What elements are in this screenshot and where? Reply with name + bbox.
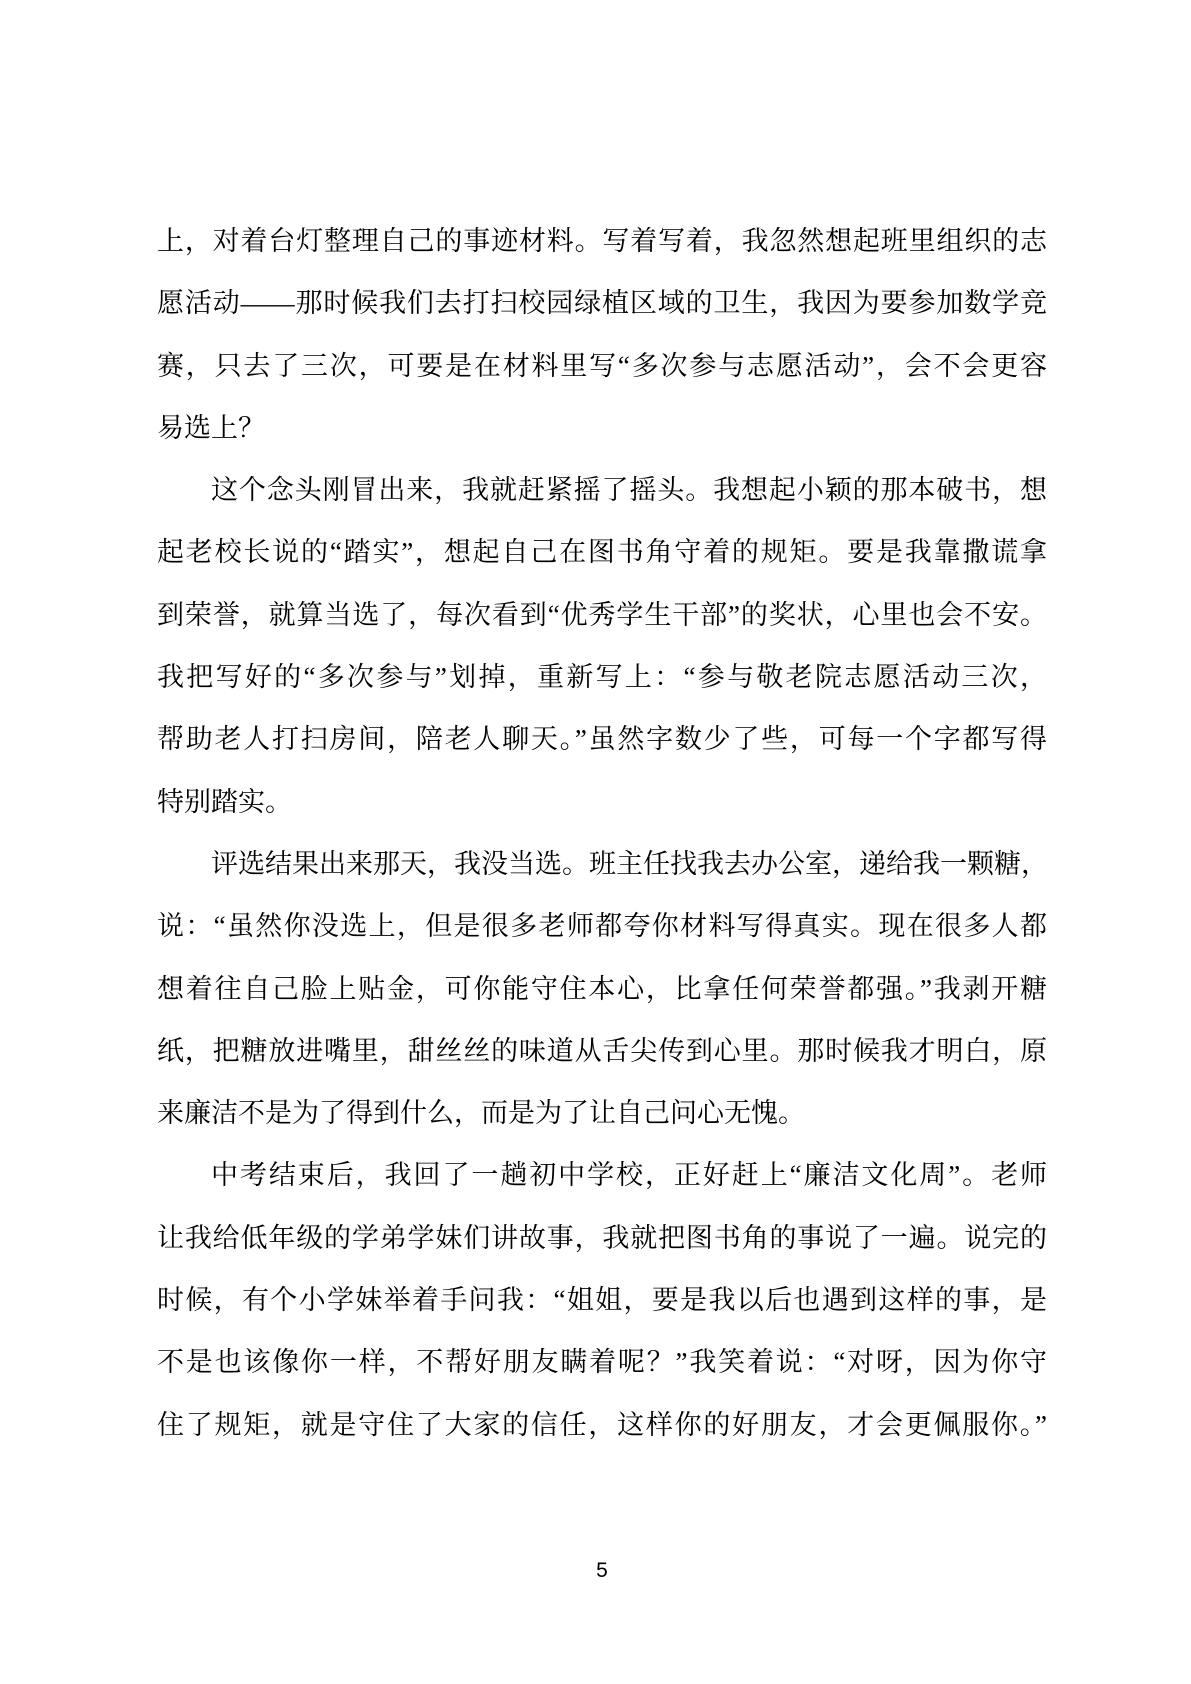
essay-line: 时候，有个小学妹举着手问我：“姐姐，要是我以后也遇到这样的事，是 (157, 1269, 1047, 1331)
essay-line: 住了规矩，就是守住了大家的信任，这样你的好朋友，才会更佩服你。” (157, 1394, 1047, 1456)
essay-line: 上，对着台灯整理自己的事迹材料。写着写着，我忽然想起班里组织的志 (157, 210, 1047, 272)
essay-line: 来廉洁不是为了得到什么，而是为了让自己问心无愧。 (157, 1082, 1047, 1144)
essay-line: 愿活动——那时候我们去打扫校园绿植区域的卫生，我因为要参加数学竞 (157, 272, 1047, 334)
essay-line: 想着往自己脸上贴金，可你能守住本心，比拿任何荣誉都强。”我剥开糖 (157, 958, 1047, 1020)
document-page: 上，对着台灯整理自己的事迹材料。写着写着，我忽然想起班里组织的志 愿活动——那时… (0, 0, 1191, 1684)
essay-line: 不是也该像你一样，不帮好朋友瞒着呢？”我笑着说：“对呀，因为你守 (157, 1331, 1047, 1393)
essay-line: 特别踏实。 (157, 771, 1047, 833)
page-footer: 5 (157, 1556, 1047, 1586)
essay-line: 评选结果出来那天，我没当选。班主任找我去办公室，递给我一颗糖， (157, 833, 1047, 895)
essay-line: 这个念头刚冒出来，我就赶紧摇了摇头。我想起小颖的那本破书，想 (157, 459, 1047, 521)
essay-line: 起老校长说的“踏实”，想起自己在图书角守着的规矩。要是我靠撒谎拿 (157, 521, 1047, 583)
essay-line: 中考结束后，我回了一趟初中学校，正好赶上“廉洁文化周”。老师 (157, 1144, 1047, 1206)
essay-line: 说：“虽然你没选上，但是很多老师都夸你材料写得真实。现在很多人都 (157, 895, 1047, 957)
page-number: 5 (596, 1559, 608, 1582)
essay-line: 让我给低年级的学弟学妹们讲故事，我就把图书角的事说了一遍。说完的 (157, 1207, 1047, 1269)
essay-line: 到荣誉，就算当选了，每次看到“优秀学生干部”的奖状，心里也会不安。 (157, 584, 1047, 646)
essay-line: 易选上？ (157, 397, 1047, 459)
essay-line: 纸，把糖放进嘴里，甜丝丝的味道从舌尖传到心里。那时候我才明白，原 (157, 1020, 1047, 1082)
essay-line: 帮助老人打扫房间，陪老人聊天。”虽然字数少了些，可每一个字都写得 (157, 708, 1047, 770)
essay-line: 赛，只去了三次，可要是在材料里写“多次参与志愿活动”，会不会更容 (157, 335, 1047, 397)
essay-body: 上，对着台灯整理自己的事迹材料。写着写着，我忽然想起班里组织的志 愿活动——那时… (157, 210, 1047, 1456)
essay-line: 我把写好的“多次参与”划掉，重新写上：“参与敬老院志愿活动三次， (157, 646, 1047, 708)
